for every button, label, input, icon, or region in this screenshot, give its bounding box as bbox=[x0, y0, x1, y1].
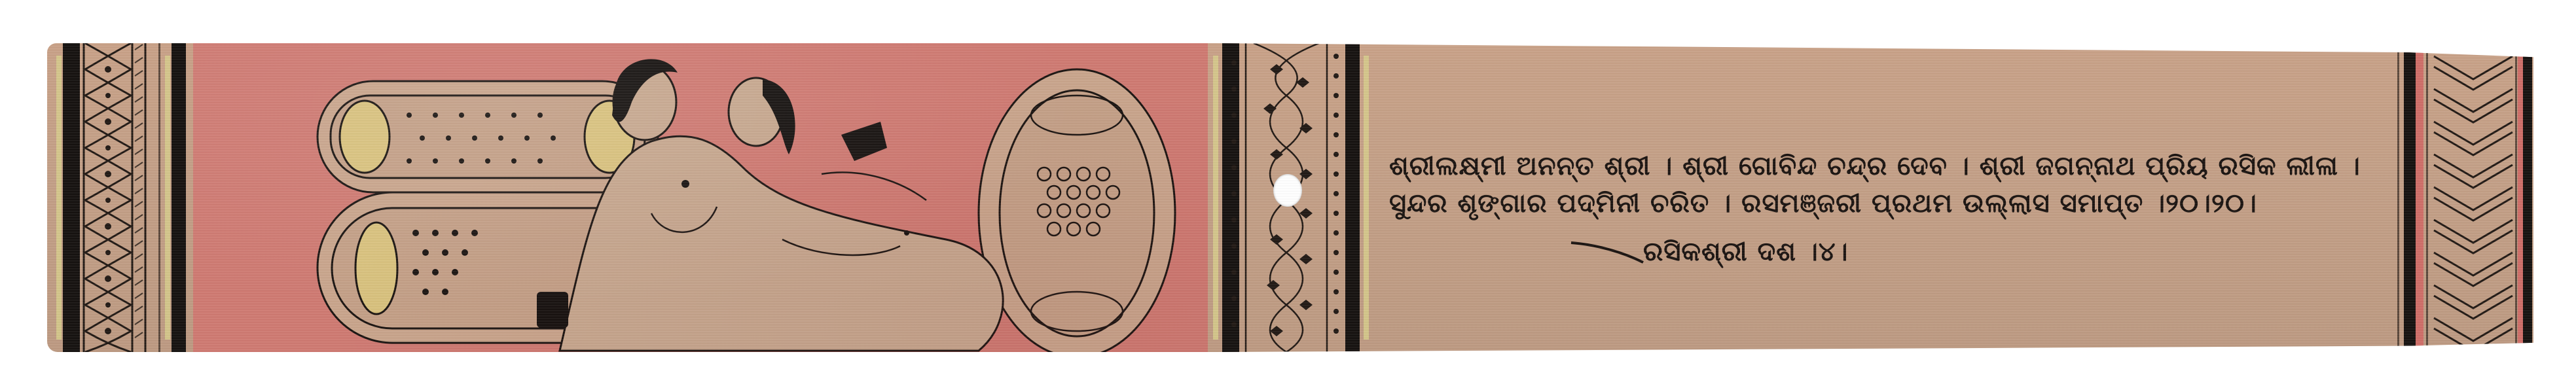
thin-rule bbox=[158, 43, 160, 352]
cushion-top-left bbox=[317, 81, 658, 192]
cushion-bottom-left bbox=[317, 192, 684, 343]
figure-right-head bbox=[729, 78, 887, 161]
string-hole bbox=[1273, 174, 1302, 207]
left-border bbox=[47, 43, 193, 352]
figure-bodies bbox=[560, 136, 1003, 351]
text-line-3: ରସିକଶ୍ରୀ ଦଶ ।୪। bbox=[1643, 237, 1849, 267]
figure-left-head bbox=[612, 59, 678, 140]
ink-rule bbox=[2404, 43, 2416, 352]
palm-leaf-folio: ଶ୍ରୀଲକ୍ଷ୍ମୀ ଅନନ୍ତ ଶ୍ରୀ । ଶ୍ରୀ ଗୋବିନ୍ଦ ଚନ… bbox=[47, 43, 2533, 352]
thin-rule bbox=[2515, 43, 2517, 352]
red-rule bbox=[2416, 49, 2423, 345]
flourish-stroke-icon bbox=[1571, 239, 1650, 266]
ink-rule bbox=[172, 43, 186, 352]
cushion-round-right bbox=[979, 69, 1175, 352]
ink-rule bbox=[2523, 43, 2532, 352]
gilded-rule bbox=[1364, 56, 1369, 340]
chevron-pattern-icon bbox=[2427, 43, 2526, 352]
illustration-panel bbox=[193, 43, 1208, 352]
text-block: ଶ୍ରୀଲକ୍ଷ୍ମୀ ଅନନ୍ତ ଶ୍ରୀ । ଶ୍ରୀ ଗୋବିନ୍ଦ ଚନ… bbox=[1381, 43, 2396, 352]
text-line-2: ସୁନ୍ଦର ଶୃଙ୍ଗାର ପଦ୍ମିନୀ ଚରିତ । ରସମଞ୍ଜରୀ ପ… bbox=[1389, 188, 2257, 219]
middle-border bbox=[1208, 43, 1381, 352]
ink-rule bbox=[1345, 43, 1360, 352]
illustration-figures-icon bbox=[193, 43, 1208, 352]
text-line-1: ଶ୍ରୀଲକ୍ଷ୍ମୀ ଅନନ୍ତ ଶ୍ରୀ । ଶ୍ରୀ ଗୋବିନ୍ଦ ଚନ… bbox=[1389, 151, 2361, 181]
right-border bbox=[2396, 43, 2533, 352]
thin-rule bbox=[2397, 43, 2399, 352]
gilded-rule bbox=[165, 56, 170, 340]
red-rule bbox=[2518, 49, 2523, 345]
